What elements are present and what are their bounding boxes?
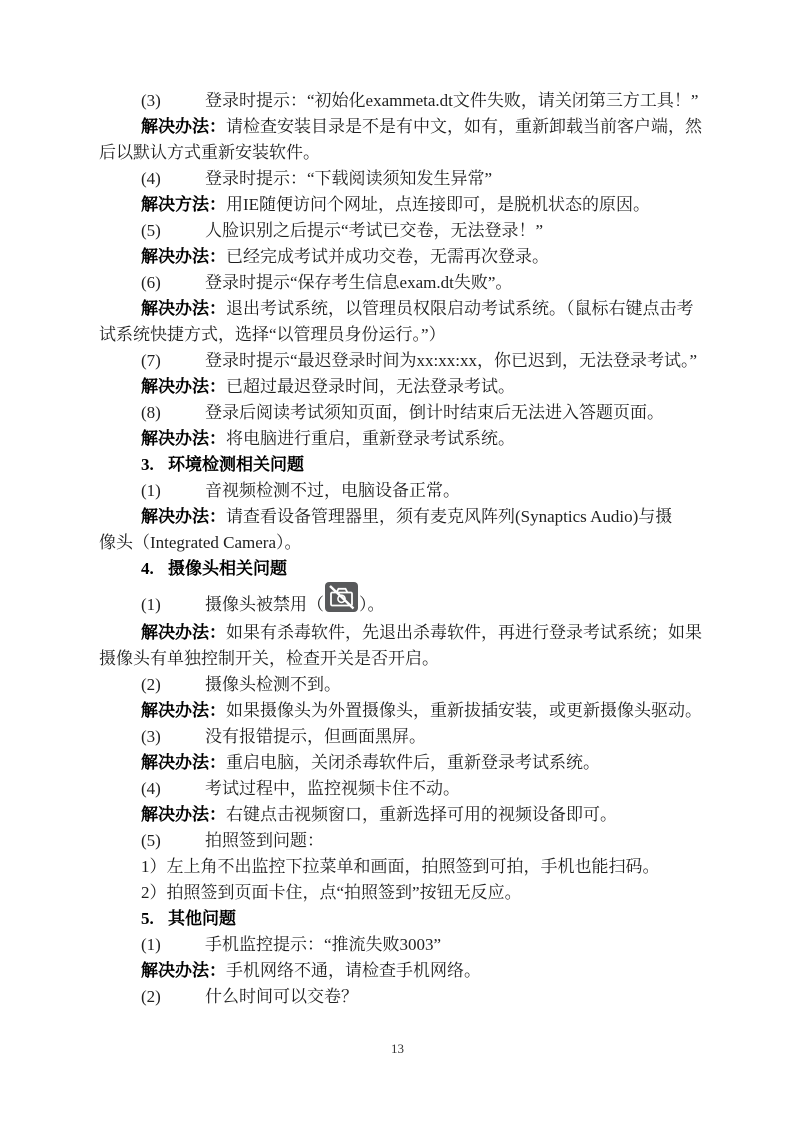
heading-number: 5. <box>141 906 168 932</box>
page-number: 13 <box>391 1041 404 1056</box>
doc-line: 解决办法：将电脑进行重启，重新登录考试系统。 <box>99 426 703 452</box>
solution-label: 解决办法： <box>141 507 226 526</box>
line-text: 2）拍照签到页面卡住，点“拍照签到”按钮无反应。 <box>141 883 522 902</box>
heading-text: 摄像头相关问题 <box>168 559 287 578</box>
doc-line: 后以默认方式重新安装软件。 <box>99 140 703 166</box>
item-number: (1) <box>141 932 205 958</box>
doc-line: (4)考试过程中，监控视频卡住不动。 <box>99 776 703 802</box>
doc-line: 2）拍照签到页面卡住，点“拍照签到”按钮无反应。 <box>99 880 703 906</box>
solution-label: 解决办法： <box>141 805 226 824</box>
line-text: 登录时提示“保存考生信息exam.dt失败”。 <box>205 273 512 292</box>
solution-label: 解决办法： <box>141 701 226 720</box>
section-heading: 4.摄像头相关问题 <box>99 556 703 582</box>
doc-line: (5)人脸识别之后提示“考试已交卷，无法登录！” <box>99 218 703 244</box>
line-text: 音视频检测不过，电脑设备正常。 <box>205 481 460 500</box>
line-text: 1）左上角不出监控下拉菜单和画面，拍照签到可拍，手机也能扫码。 <box>141 857 660 876</box>
line-text: 用IE随便访问个网址，点连接即可，是脱机状态的原因。 <box>226 195 650 214</box>
item-number: (4) <box>141 776 205 802</box>
item-number: (2) <box>141 672 205 698</box>
item-number: (1) <box>141 478 205 504</box>
doc-line: (1)手机监控提示：“推流失败3003” <box>99 932 703 958</box>
doc-line: 解决办法：重启电脑，关闭杀毒软件后，重新登录考试系统。 <box>99 750 703 776</box>
line-text: 人脸识别之后提示“考试已交卷，无法登录！” <box>205 221 543 240</box>
item-number: (7) <box>141 348 205 374</box>
doc-line: 1）左上角不出监控下拉菜单和画面，拍照签到可拍，手机也能扫码。 <box>99 854 703 880</box>
doc-line: (3)登录时提示：“初始化exammeta.dt文件失败，请关闭第三方工具！” <box>99 88 703 114</box>
doc-line: 解决办法：如果摄像头为外置摄像头，重新拔插安装，或更新摄像头驱动。 <box>99 698 703 724</box>
heading-text: 环境检测相关问题 <box>168 455 304 474</box>
item-number: (1) <box>141 586 205 624</box>
line-text: 什么时间可以交卷？ <box>205 987 358 1006</box>
doc-line: (6)登录时提示“保存考生信息exam.dt失败”。 <box>99 270 703 296</box>
line-text: 如果摄像头为外置摄像头，重新拔插安装，或更新摄像头驱动。 <box>226 701 702 720</box>
line-text: 如果有杀毒软件，先退出杀毒软件，再进行登录考试系统；如果 <box>226 623 702 642</box>
line-text: 退出考试系统，以管理员权限启动考试系统。（鼠标右键点击考 <box>226 299 694 318</box>
line-text: 后以默认方式重新安装软件。 <box>99 143 320 162</box>
doc-line: (2)摄像头检测不到。 <box>99 672 703 698</box>
doc-line: (1)摄像头被禁用（）。 <box>99 582 703 620</box>
line-text: 已经完成考试并成功交卷，无需再次登录。 <box>226 247 549 266</box>
doc-line: 解决办法：右键点击视频窗口，重新选择可用的视频设备即可。 <box>99 802 703 828</box>
line-text: 没有报错提示，但画面黑屏。 <box>205 727 426 746</box>
line-text: 登录时提示：“下载阅读须知发生异常” <box>205 169 492 188</box>
doc-line: (2)什么时间可以交卷？ <box>99 984 703 1010</box>
doc-line: 像头（Integrated Camera）。 <box>99 530 703 556</box>
heading-text: 其他问题 <box>168 909 236 928</box>
item-number: (5) <box>141 828 205 854</box>
solution-label: 解决办法： <box>141 377 226 396</box>
line-text: 手机网络不通，请检查手机网络。 <box>226 961 481 980</box>
solution-label: 解决办法： <box>141 961 226 980</box>
item-number: (6) <box>141 270 205 296</box>
line-text: 摄像头有单独控制开关，检查开关是否开启。 <box>99 649 439 668</box>
doc-line: 解决办法：已经完成考试并成功交卷，无需再次登录。 <box>99 244 703 270</box>
item-number: (3) <box>141 88 205 114</box>
doc-line: (3)没有报错提示，但画面黑屏。 <box>99 724 703 750</box>
doc-line: 解决方法：用IE随便访问个网址，点连接即可，是脱机状态的原因。 <box>99 192 703 218</box>
doc-line: 解决办法：退出考试系统，以管理员权限启动考试系统。（鼠标右键点击考 <box>99 296 703 322</box>
item-number: (8) <box>141 400 205 426</box>
document-body: (3)登录时提示：“初始化exammeta.dt文件失败，请关闭第三方工具！”解… <box>99 88 703 1010</box>
doc-line: (8)登录后阅读考试须知页面，倒计时结束后无法进入答题页面。 <box>99 400 703 426</box>
line-text: 像头（Integrated Camera）。 <box>99 533 302 552</box>
line-text: 考试过程中，监控视频卡住不动。 <box>205 779 460 798</box>
item-number: (5) <box>141 218 205 244</box>
doc-line: (7)登录时提示“最迟登录时间为xx:xx:xx，你已迟到，无法登录考试。” <box>99 348 703 374</box>
doc-line: 解决办法：请查看设备管理器里，须有麦克风阵列(Synaptics Audio)与… <box>99 504 703 530</box>
solution-label: 解决方法： <box>141 195 226 214</box>
section-heading: 3.环境检测相关问题 <box>99 452 703 478</box>
doc-line: (1)音视频检测不过，电脑设备正常。 <box>99 478 703 504</box>
heading-number: 3. <box>141 452 168 478</box>
line-text: 试系统快捷方式，选择“以管理员身份运行。”） <box>99 325 446 344</box>
doc-line: 试系统快捷方式，选择“以管理员身份运行。”） <box>99 322 703 348</box>
line-text: 右键点击视频窗口，重新选择可用的视频设备即可。 <box>226 805 617 824</box>
solution-label: 解决办法： <box>141 429 226 448</box>
solution-label: 解决办法： <box>141 299 226 318</box>
line-text: 请检查安装目录是不是有中文，如有，重新卸载当前客户端，然 <box>226 117 702 136</box>
line-text: 手机监控提示：“推流失败3003” <box>205 935 441 954</box>
doc-line: 解决办法：已超过最迟登录时间，无法登录考试。 <box>99 374 703 400</box>
doc-line: 摄像头有单独控制开关，检查开关是否开启。 <box>99 646 703 672</box>
line-text: 登录时提示：“初始化exammeta.dt文件失败，请关闭第三方工具！” <box>205 91 698 110</box>
heading-number: 4. <box>141 556 168 582</box>
item-number: (2) <box>141 984 205 1010</box>
line-text: 请查看设备管理器里，须有麦克风阵列(Synaptics Audio)与摄 <box>226 507 672 526</box>
line-text: 将电脑进行重启，重新登录考试系统。 <box>226 429 515 448</box>
line-text: 拍照签到问题： <box>205 831 324 850</box>
section-heading: 5.其他问题 <box>99 906 703 932</box>
doc-line: (4)登录时提示：“下载阅读须知发生异常” <box>99 166 703 192</box>
solution-label: 解决办法： <box>141 753 226 772</box>
line-text: 摄像头被禁用（ <box>205 595 324 614</box>
line-text: 重启电脑，关闭杀毒软件后，重新登录考试系统。 <box>226 753 600 772</box>
doc-line: 解决办法：手机网络不通，请检查手机网络。 <box>99 958 703 984</box>
line-text: 登录后阅读考试须知页面，倒计时结束后无法进入答题页面。 <box>205 403 664 422</box>
line-text: 已超过最迟登录时间，无法登录考试。 <box>226 377 515 396</box>
item-number: (4) <box>141 166 205 192</box>
document-page: (3)登录时提示：“初始化exammeta.dt文件失败，请关闭第三方工具！”解… <box>0 0 795 1123</box>
line-text: 登录时提示“最迟登录时间为xx:xx:xx，你已迟到，无法登录考试。” <box>205 351 697 370</box>
line-text: ）。 <box>359 595 385 614</box>
doc-line: 解决办法：如果有杀毒软件，先退出杀毒软件，再进行登录考试系统；如果 <box>99 620 703 646</box>
item-number: (3) <box>141 724 205 750</box>
solution-label: 解决办法： <box>141 117 226 136</box>
page-footer: 13 <box>0 1040 795 1058</box>
doc-line: 解决办法：请检查安装目录是不是有中文，如有，重新卸载当前客户端，然 <box>99 114 703 140</box>
solution-label: 解决办法： <box>141 623 226 642</box>
line-text: 摄像头检测不到。 <box>205 675 341 694</box>
solution-label: 解决办法： <box>141 247 226 266</box>
doc-line: (5)拍照签到问题： <box>99 828 703 854</box>
